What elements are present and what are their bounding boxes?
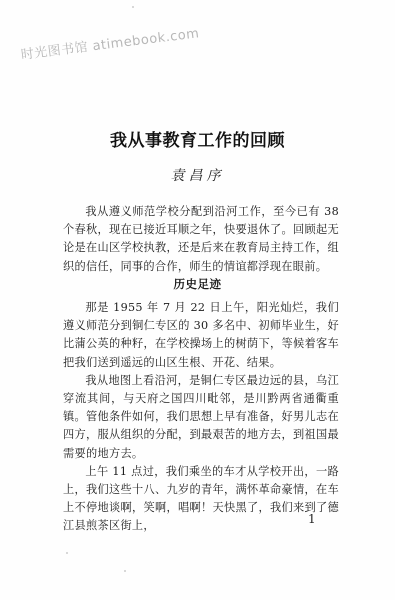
section-heading: 历史足迹 <box>0 276 395 292</box>
article-title: 我从事教育工作的回顾 <box>0 126 395 151</box>
book-page: 时光图书馆 atimebook.com 我从事教育工作的回顾 袁昌序 我从遵义师… <box>0 0 395 600</box>
intro-paragraph: 我从遵义师范学校分配到沿河工作，至今已有 38 个春秋，现在已接近耳顺之年，快要… <box>63 203 339 276</box>
page-number: 1 <box>308 512 316 526</box>
section-paragraph: 我从地图上看沿河，是铜仁专区最边远的县，乌江穿流其间，与天府之国四川毗邻，是川黔… <box>63 372 339 463</box>
section-paragraph: 上午 11 点过，我们乘坐的车才从学校开出，一路上，我们这些十八、九岁的青年，满… <box>63 463 339 536</box>
watermark: 时光图书馆 atimebook.com <box>20 22 201 63</box>
scan-speck <box>66 552 68 554</box>
intro-text: 我从遵义师范学校分配到沿河工作，至今已有 38 个春秋，现在已接近耳顺之年，快要… <box>63 203 339 276</box>
section-paragraph: 那是 1955 年 7 月 22 日上午，阳光灿烂，我们遵义师范分到铜仁专区的 … <box>63 299 339 372</box>
scan-speck <box>124 570 126 572</box>
author-name: 袁昌序 <box>0 165 395 185</box>
scan-speck <box>132 6 134 8</box>
section-body: 那是 1955 年 7 月 22 日上午，阳光灿烂，我们遵义师范分到铜仁专区的 … <box>63 299 339 536</box>
